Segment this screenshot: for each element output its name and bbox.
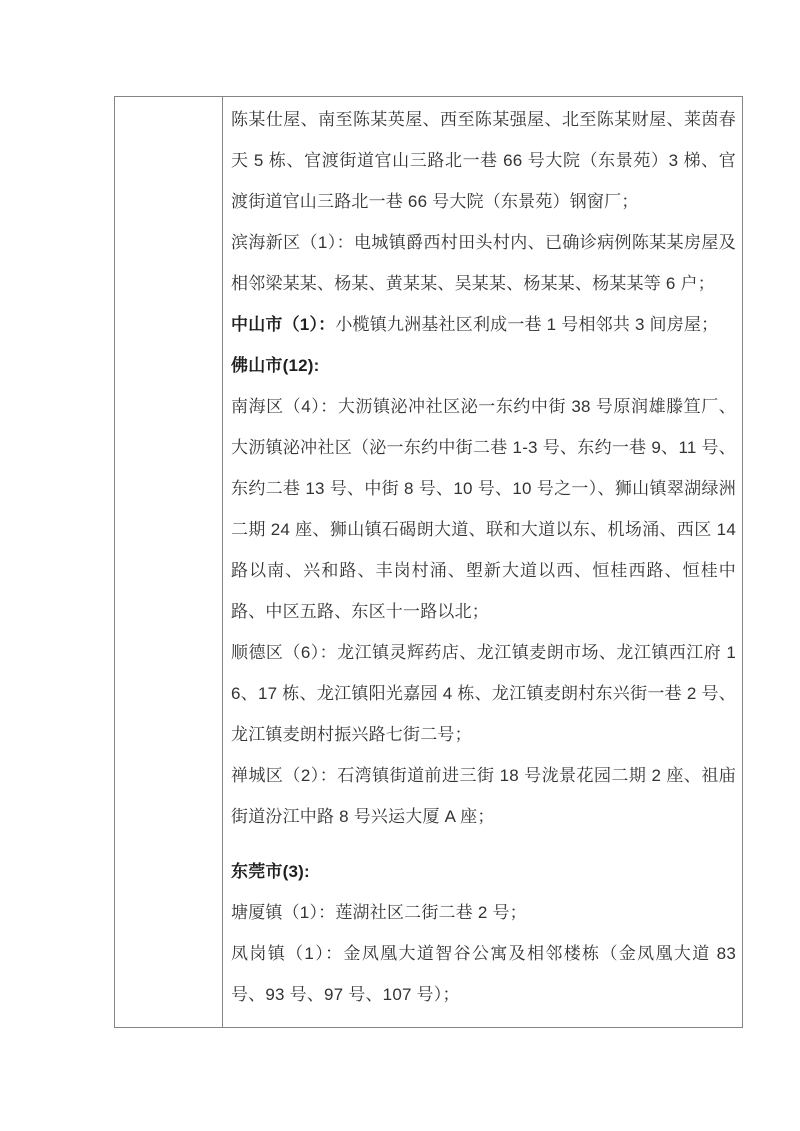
paragraph-text: 南海区（4）：大沥镇泌冲社区泌一东约中街 38 号原润雄滕笪厂、大沥镇泌冲社区（… <box>231 397 736 621</box>
paragraph-text: 凤岗镇（1）：金凤凰大道智谷公寓及相邻楼栋（金凤凰大道 83 号、93 号、97… <box>231 944 736 1004</box>
para-fenggang-town: 凤岗镇（1）：金凤凰大道智谷公寓及相邻楼栋（金凤凰大道 83 号、93 号、97… <box>231 933 736 1015</box>
heading-foshan-city: 佛山市(12): <box>231 345 736 386</box>
city-heading-foshan: 佛山市(12): <box>231 356 320 375</box>
document-page: 陈某仕屋、南至陈某英屋、西至陈某强屋、北至陈某财屋、莱茵春天 5 栋、官渡街道官… <box>0 0 800 1131</box>
city-heading-zhongshan: 中山市（1）： <box>231 315 335 334</box>
table-content-cell: 陈某仕屋、南至陈某英屋、西至陈某强屋、北至陈某财屋、莱茵春天 5 栋、官渡街道官… <box>223 97 742 1027</box>
paragraph-text: 滨海新区（1）：电城镇爵西村田头村内、已确诊病例陈某某房屋及相邻梁某某、杨某、黄… <box>231 233 736 293</box>
para-binhai-new-district: 滨海新区（1）：电城镇爵西村田头村内、已确诊病例陈某某房屋及相邻梁某某、杨某、黄… <box>231 222 736 304</box>
para-zhongshan-city: 中山市（1）：小榄镇九洲基社区利成一巷 1 号相邻共 3 间房屋； <box>231 304 736 345</box>
city-heading-dongguan: 东莞市(3): <box>231 862 310 881</box>
para-shunde-district: 顺德区（6）：龙江镇灵辉药店、龙江镇麦朗市场、龙江镇西江府 16、17 栋、龙江… <box>231 632 736 755</box>
para-continued-address-listing: 陈某仕屋、南至陈某英屋、西至陈某强屋、北至陈某财屋、莱茵春天 5 栋、官渡街道官… <box>231 99 736 222</box>
risk-area-table: 陈某仕屋、南至陈某英屋、西至陈某强屋、北至陈某财屋、莱茵春天 5 栋、官渡街道官… <box>114 96 743 1028</box>
para-chancheng-district: 禅城区（2）：石湾镇街道前进三街 18 号泷景花园二期 2 座、祖庙街道汾江中路… <box>231 755 736 837</box>
para-nanhai-district: 南海区（4）：大沥镇泌冲社区泌一东约中街 38 号原润雄滕笪厂、大沥镇泌冲社区（… <box>231 386 736 632</box>
paragraph-text: 陈某仕屋、南至陈某英屋、西至陈某强屋、北至陈某财屋、莱茵春天 5 栋、官渡街道官… <box>231 110 736 211</box>
paragraph-text: 塘厦镇（1）：莲湖社区二街二巷 2 号； <box>231 903 527 922</box>
para-tangxia-town: 塘厦镇（1）：莲湖社区二街二巷 2 号； <box>231 892 736 933</box>
paragraph-text: 小榄镇九洲基社区利成一巷 1 号相邻共 3 间房屋； <box>335 315 718 334</box>
table-left-cell-empty <box>115 97 223 1027</box>
paragraph-text: 禅城区（2）：石湾镇街道前进三街 18 号泷景花园二期 2 座、祖庙街道汾江中路… <box>231 766 736 826</box>
paragraph-text: 顺德区（6）：龙江镇灵辉药店、龙江镇麦朗市场、龙江镇西江府 16、17 栋、龙江… <box>231 643 736 744</box>
heading-dongguan-city: 东莞市(3): <box>231 851 736 892</box>
